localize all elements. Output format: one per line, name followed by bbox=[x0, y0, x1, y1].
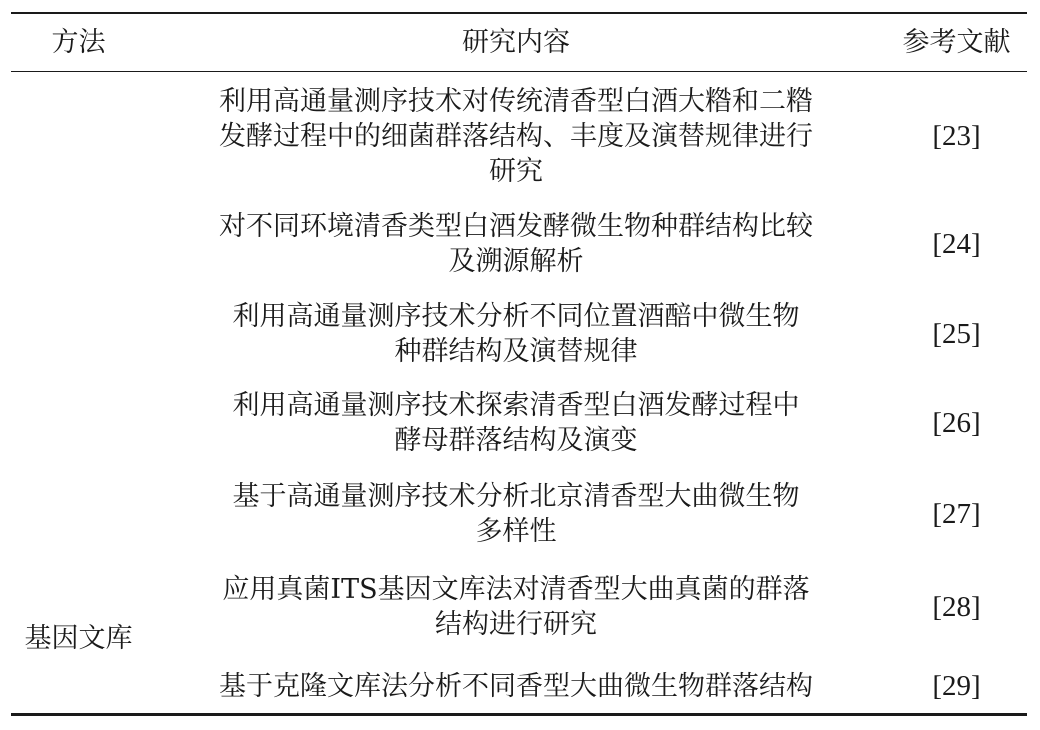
content-line: 及溯源解析 bbox=[449, 244, 584, 279]
table-row-content: 应用真菌ITS基因文库法对清香型大曲真菌的群落 结构进行研究 bbox=[146, 567, 886, 647]
content-line: 研究 bbox=[489, 154, 543, 189]
header-reference: 参考文献 bbox=[886, 14, 1027, 71]
content-line: 多样性 bbox=[476, 514, 557, 549]
research-methods-table: 方法 研究内容 参考文献 利用高通量测序技术对传统清香型白酒大糌和二糌 发酵过程… bbox=[11, 12, 1027, 716]
table-row-reference: [25] bbox=[886, 294, 1027, 374]
content-line: 应用真菌ITS基因文库法对清香型大曲真菌的群落 bbox=[222, 572, 809, 607]
content-line: 利用高通量测序技术对传统清香型白酒大糌和二糌 bbox=[219, 84, 813, 119]
table-bottom-rule bbox=[11, 713, 1027, 716]
table-row-content: 利用高通量测序技术探索清香型白酒发酵过程中 酵母群落结构及演变 bbox=[146, 383, 886, 463]
content-line: 发酵过程中的细菌群落结构、丰度及演替规律进行 bbox=[219, 119, 813, 154]
table-row-content: 对不同环境清香类型白酒发酵微生物种群结构比较 及溯源解析 bbox=[146, 204, 886, 284]
table-row-content: 基于克隆文库法分析不同香型大曲微生物群落结构 bbox=[146, 664, 886, 708]
table-row-reference: [29] bbox=[886, 664, 1027, 708]
table-row-reference: [23] bbox=[886, 74, 1027, 198]
table-row-content: 基于高通量测序技术分析北京清香型大曲微生物 多样性 bbox=[146, 474, 886, 554]
content-line: 利用高通量测序技术分析不同位置酒醅中微生物 bbox=[233, 299, 800, 334]
header-method: 方法 bbox=[11, 14, 146, 71]
content-line: 利用高通量测序技术探索清香型白酒发酵过程中 bbox=[233, 388, 800, 423]
content-line: 基于克隆文库法分析不同香型大曲微生物群落结构 bbox=[219, 669, 813, 704]
table-row-content: 利用高通量测序技术对传统清香型白酒大糌和二糌 发酵过程中的细菌群落结构、丰度及演… bbox=[146, 74, 886, 198]
table-header-rule bbox=[11, 71, 1027, 72]
table-row-reference: [27] bbox=[886, 474, 1027, 554]
table-row-content: 利用高通量测序技术分析不同位置酒醅中微生物 种群结构及演替规律 bbox=[146, 294, 886, 374]
content-line: 种群结构及演替规律 bbox=[395, 334, 638, 369]
content-line: 结构进行研究 bbox=[435, 607, 597, 642]
method-group-label: 基因文库 bbox=[11, 612, 146, 664]
table-row-reference: [28] bbox=[886, 567, 1027, 647]
content-line: 酵母群落结构及演变 bbox=[395, 423, 638, 458]
header-content: 研究内容 bbox=[146, 14, 886, 71]
table-row-reference: [24] bbox=[886, 204, 1027, 284]
content-line: 基于高通量测序技术分析北京清香型大曲微生物 bbox=[233, 479, 800, 514]
content-line: 对不同环境清香类型白酒发酵微生物种群结构比较 bbox=[219, 209, 813, 244]
table-row-reference: [26] bbox=[886, 383, 1027, 463]
